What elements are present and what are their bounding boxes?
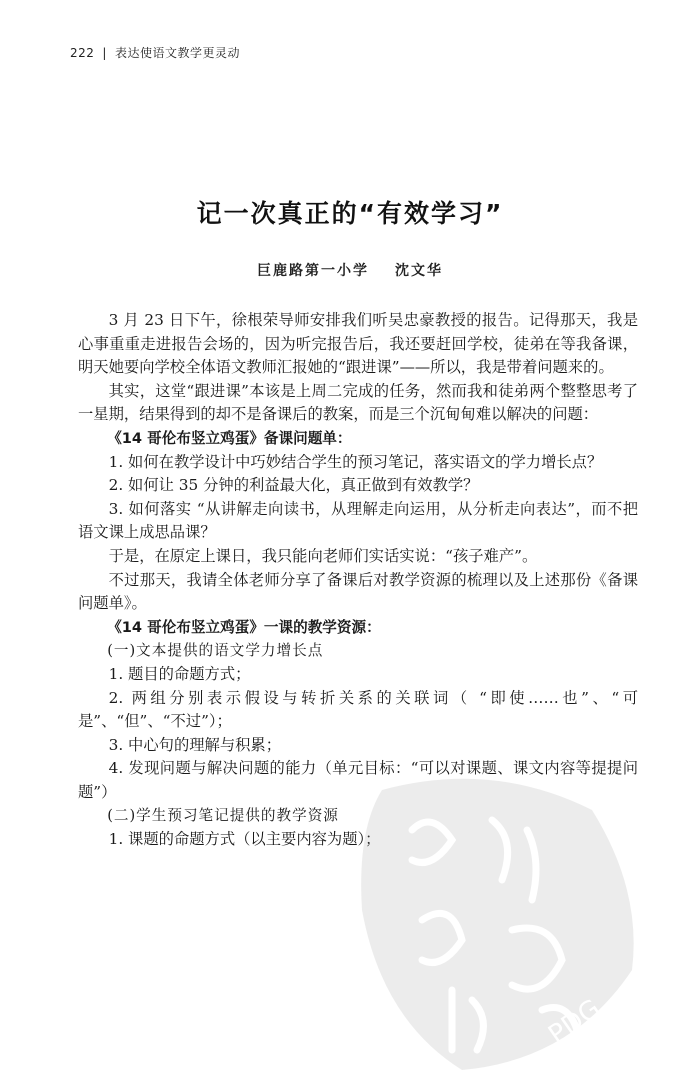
paragraph: 3 月 23 日下午，徐根荣导师安排我们听吴忠豪教授的报告。记得那天，我是心事重…	[78, 309, 638, 380]
list-item: 3. 中心句的理解与积累；	[78, 734, 638, 758]
list-item: 1. 题目的命题方式；	[78, 663, 638, 687]
author-school: 巨鹿路第一小学	[257, 263, 369, 279]
library-seal-watermark-icon: PDG	[342, 770, 642, 1070]
header-separator: |	[102, 46, 107, 60]
paragraph: 于是，在原定上课日，我只能向老师们实话实说：“孩子难产”。	[78, 545, 638, 569]
running-header: 222|表达使语文教学更灵动	[70, 44, 240, 61]
book-title: 表达使语文教学更灵动	[115, 46, 240, 60]
list-item: 1. 如何在教学设计中巧妙结合学生的预习笔记，落实语文的学力增长点？	[78, 451, 638, 475]
author-line: 巨鹿路第一小学沈文华	[0, 260, 700, 280]
section-heading: 《14 哥伦布竖立鸡蛋》一课的教学资源：	[78, 616, 638, 640]
author-name: 沈文华	[395, 263, 443, 279]
article-title: 记一次真正的“有效学习”	[0, 194, 700, 230]
list-item: 2. 如何让 35 分钟的利益最大化，真正做到有效教学？	[78, 474, 638, 498]
list-item: 2. 两组分别表示假设与转折关系的关联词（ “即使……也”、“可是”、“但”、“…	[78, 687, 638, 734]
list-item: 3. 如何落实 “从讲解走向读书，从理解走向运用，从分析走向表达”，而不把语文课…	[78, 498, 638, 545]
page-number: 222	[70, 46, 94, 60]
paragraph: 其实，这堂“跟进课”本该是上周二完成的任务，然而我和徒弟两个整整思考了一星期，结…	[78, 380, 638, 427]
section-heading: 《14 哥伦布竖立鸡蛋》备课问题单：	[78, 427, 638, 451]
subsection-heading: (一)文本提供的语文学力增长点	[78, 639, 638, 663]
paragraph: 不过那天，我请全体老师分享了备课后对教学资源的梳理以及上述那份《备课问题单》。	[78, 569, 638, 616]
